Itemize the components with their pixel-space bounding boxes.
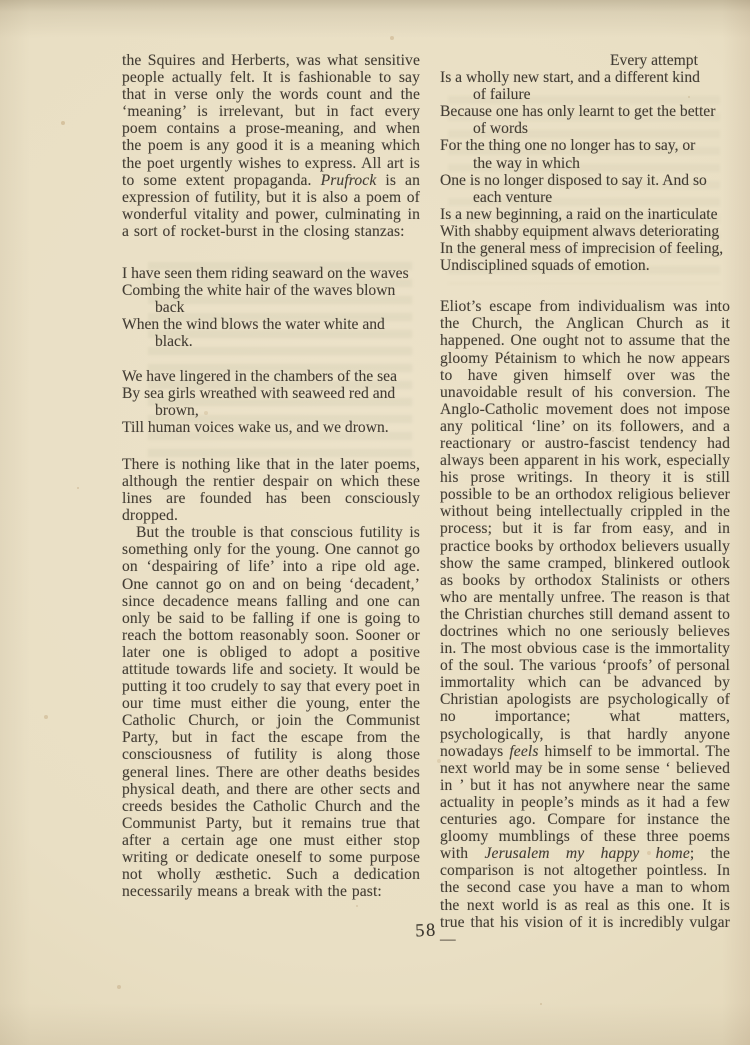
verse-line: Because one has only learnt to get the b… (440, 103, 730, 120)
verse-lines: Is a wholly new start, and a different k… (440, 69, 730, 274)
text-segment: the Squires and Herberts, was what sensi… (122, 52, 420, 189)
verse-line: back (122, 299, 420, 316)
verse-quote-prufrock-2: We have lingered in the chambers of the … (122, 368, 420, 436)
body-paragraph: Eliot’s escape from individualism was in… (440, 298, 730, 948)
verse-line: the way in which (440, 155, 730, 172)
text-segment: There is nothing like that in the later … (122, 456, 420, 524)
verse-quote-east-coker: Every attempt Is a wholly new start, and… (440, 52, 730, 274)
verse-line: Is a wholly new start, and a different k… (440, 69, 730, 86)
verse-line: I have seen them riding seaward on the w… (122, 265, 420, 282)
verse-line: Is a new beginning, a raid on the inarti… (440, 206, 730, 223)
book-page-scan: the Squires and Herberts, was what sensi… (0, 0, 750, 1045)
paper-speckles (0, 0, 2, 2)
verse-line: One is no longer disposed to say it. And… (440, 172, 730, 189)
verse-line: of words (440, 120, 730, 137)
verse-line: black. (122, 333, 420, 350)
page-number: 58 (403, 920, 450, 943)
verse-line: Till human voices wake us, and we drown. (122, 419, 420, 436)
verse-line: of failure (440, 86, 730, 103)
verse-quote-prufrock-1: I have seen them riding seaward on the w… (122, 265, 420, 350)
left-column: the Squires and Herberts, was what sensi… (122, 52, 420, 948)
verse-line: With shabby equipment alwavs deteriorati… (440, 223, 730, 240)
italic-text-segment: Prufrock (321, 172, 377, 189)
verse-line: Every attempt (440, 52, 730, 69)
right-column: Every attempt Is a wholly new start, and… (440, 52, 730, 948)
verse-line: brown, (122, 402, 420, 419)
body-paragraph: There is nothing like that in the later … (122, 456, 420, 524)
italic-text-segment: Jerusalem my happy home (484, 845, 689, 862)
verse-line: Combing the white hair of the waves blow… (122, 282, 420, 299)
italic-text-segment: feels (509, 743, 538, 760)
text-block: the Squires and Herberts, was what sensi… (122, 52, 730, 948)
verse-line: In the general mess of imprecision of fe… (440, 240, 730, 257)
verse-line: Undisciplined squads of emotion. (440, 257, 730, 274)
verse-line: When the wind blows the water white and (122, 316, 420, 333)
verse-line: We have lingered in the chambers of the … (122, 368, 420, 385)
verse-line: By sea girls wreathed with seaweed red a… (122, 385, 420, 402)
text-segment: But the trouble is that conscious futili… (122, 524, 420, 900)
body-paragraph: the Squires and Herberts, was what sensi… (122, 52, 420, 240)
verse-line: For the thing one no longer has to say, … (440, 137, 730, 154)
body-paragraph: But the trouble is that conscious futili… (122, 524, 420, 900)
verse-line: each venture (440, 189, 730, 206)
text-segment: Eliot’s escape from individualism was in… (440, 298, 730, 759)
